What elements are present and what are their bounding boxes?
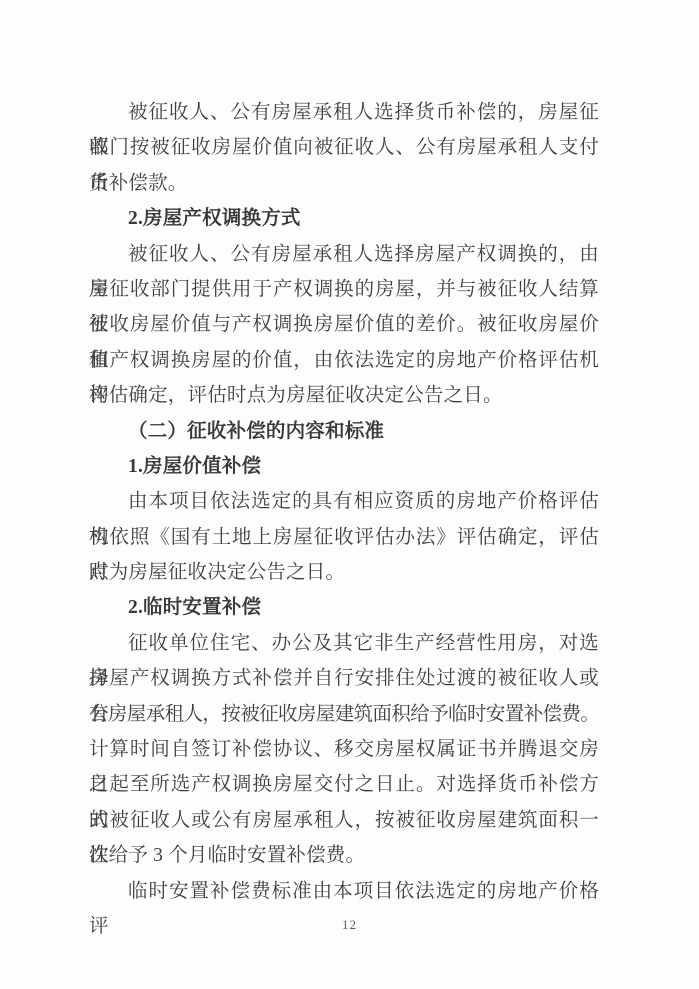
- text-line: 币补偿款。: [89, 166, 599, 201]
- section-heading: （二）征收补偿的内容和标准: [89, 414, 599, 449]
- text-line: 点为房屋征收决定公告之日。: [89, 555, 599, 590]
- text-line: 日起至所选产权调换房屋交付之日止。对选择货币补偿方式: [89, 767, 599, 802]
- document-body: 被征收人、公有房屋承租人选择货币补偿的，房屋征收部门按被征收房屋价值向被征收人、…: [89, 95, 599, 909]
- text-line: 征收房屋价值与产权调换房屋价值的差价。被征收房屋价值: [89, 307, 599, 342]
- text-line: 屋征收部门提供用于产权调换的房屋，并与被征收人结算被: [89, 272, 599, 307]
- document-page: 被征收人、公有房屋承租人选择货币补偿的，房屋征收部门按被征收房屋价值向被征收人、…: [0, 0, 699, 989]
- text-line: 计算时间自签订补偿协议、移交房屋权属证书并腾退交房之: [89, 732, 599, 767]
- page-number: 12: [0, 917, 699, 933]
- text-line: 性给予 3 个月临时安置补偿费。: [89, 838, 599, 873]
- text-line: 和产权调换房屋的价值，由依法选定的房地产价格评估机构: [89, 343, 599, 378]
- text-line: 评估确定，评估时点为房屋征收决定公告之日。: [89, 378, 599, 413]
- text-line: 房屋产权调换方式补偿并自行安排住处过渡的被征收人或公: [89, 661, 599, 696]
- text-line: 临时安置补偿费标准由本项目依法选定的房地产价格评: [89, 874, 599, 909]
- section-heading: 2.临时安置补偿: [89, 590, 599, 625]
- text-line: 构依照《国有土地上房屋征收评估办法》评估确定，评估时: [89, 520, 599, 555]
- text-line: 被征收人、公有房屋承租人选择房屋产权调换的，由房: [89, 237, 599, 272]
- section-heading: 2.房屋产权调换方式: [89, 201, 599, 236]
- text-line: 被征收人、公有房屋承租人选择货币补偿的，房屋征收: [89, 95, 599, 130]
- text-line: 由本项目依法选定的具有相应资质的房地产价格评估机: [89, 484, 599, 519]
- text-line: 征收单位住宅、办公及其它非生产经营性用房，对选择: [89, 626, 599, 661]
- text-line: 部门按被征收房屋价值向被征收人、公有房屋承租人支付货: [89, 130, 599, 165]
- text-line: 的被征收人或公有房屋承租人，按被征收房屋建筑面积一次: [89, 803, 599, 838]
- text-line: 有房屋承租人，按被征收房屋建筑面积给予临时安置补偿费。: [89, 697, 599, 732]
- section-heading: 1.房屋价值补偿: [89, 449, 599, 484]
